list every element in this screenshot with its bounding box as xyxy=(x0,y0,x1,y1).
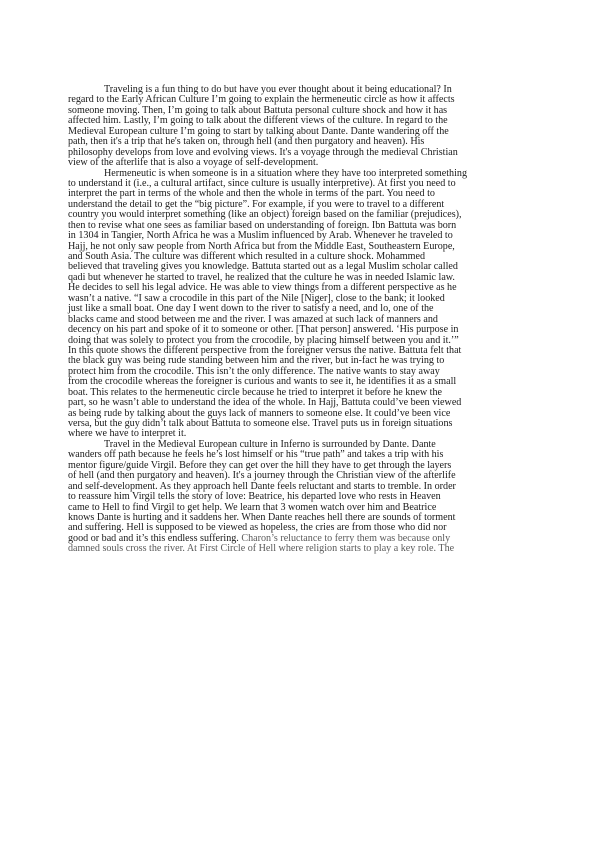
text-line: in 1304 in Tangier, North Africa he was … xyxy=(68,231,538,241)
paragraph-inferno: Travel in the Medieval European culture … xyxy=(68,440,538,555)
document-page: Traveling is a fun thing to do but have … xyxy=(0,0,595,842)
text-line: decency on his part and spoke of it to s… xyxy=(68,325,538,335)
text-line: to reassure him Virgil tells the story o… xyxy=(68,492,538,502)
paragraph-hermeneutic: Hermeneutic is when someone is in a situ… xyxy=(68,169,538,440)
faded-text-segment: Charon’s reluctance to ferry them was be… xyxy=(241,533,450,544)
faded-text-line: damned souls cross the river. At First C… xyxy=(68,544,538,554)
text-line: part, so he wasn’t able to understand th… xyxy=(68,398,538,408)
essay-body: Traveling is a fun thing to do but have … xyxy=(68,85,538,555)
paragraph-intro: Traveling is a fun thing to do but have … xyxy=(68,85,538,169)
text-segment: good or bad and it’s this endless suffer… xyxy=(68,533,241,544)
